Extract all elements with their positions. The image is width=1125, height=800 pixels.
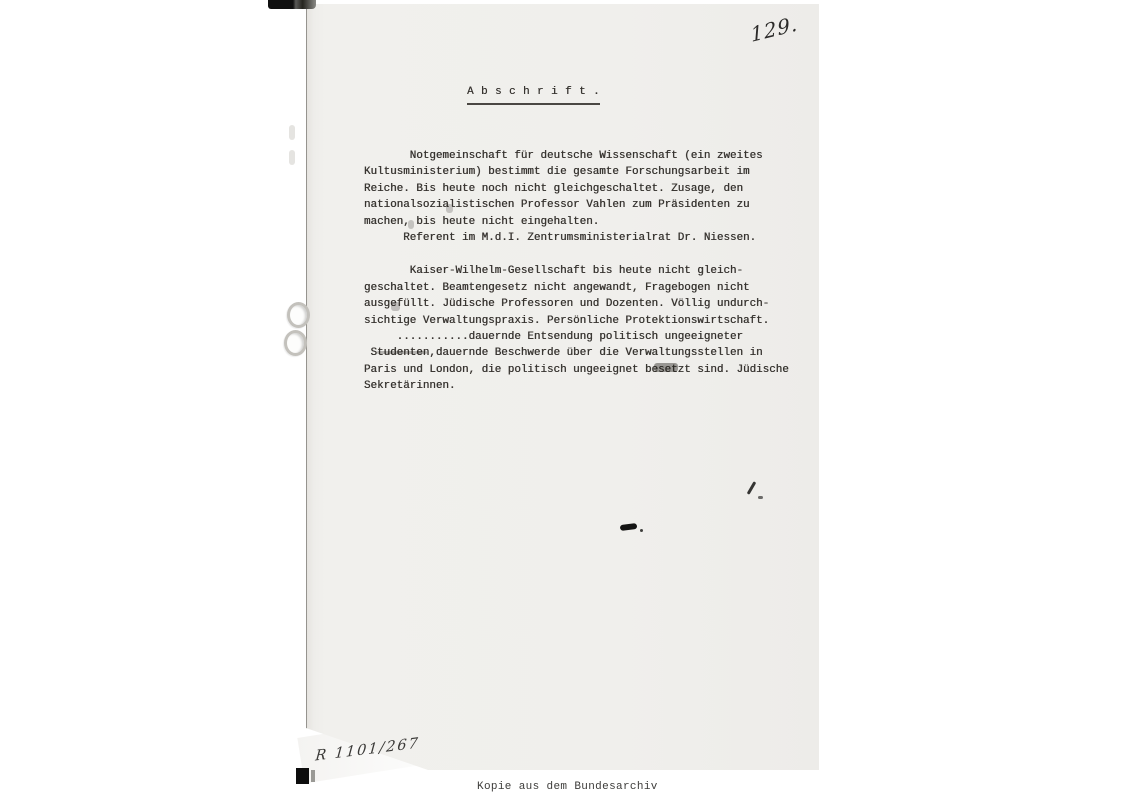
document-title: A b s c h r i f t . xyxy=(467,86,600,105)
document-page: A b s c h r i f t . Notgemeinschaft für … xyxy=(306,4,819,770)
overstrike-mark xyxy=(446,204,453,213)
overstrike-mark xyxy=(654,363,678,372)
scan-background: A b s c h r i f t . Notgemeinschaft für … xyxy=(0,0,1125,800)
ink-speck xyxy=(758,496,763,499)
ink-speck xyxy=(640,529,643,532)
ink-speck xyxy=(620,523,638,531)
overstrike-mark xyxy=(408,220,414,229)
typed-text-body: Notgemeinschaft für deutsche Wissenschaf… xyxy=(364,148,789,395)
archive-caption: Kopie aus dem Bundesarchiv xyxy=(477,781,658,793)
overstrike-mark xyxy=(391,302,400,311)
handwritten-page-number: 129. xyxy=(749,11,799,47)
faint-edge-mark xyxy=(289,125,295,140)
faint-edge-mark xyxy=(289,150,295,165)
punch-hole xyxy=(284,330,307,356)
punch-hole xyxy=(287,302,310,328)
binding-mark xyxy=(296,768,309,784)
scanner-edge-smudge xyxy=(268,0,316,9)
binding-mark-shadow xyxy=(311,770,315,782)
ink-speck xyxy=(747,481,757,495)
overstrike-mark xyxy=(377,351,427,354)
